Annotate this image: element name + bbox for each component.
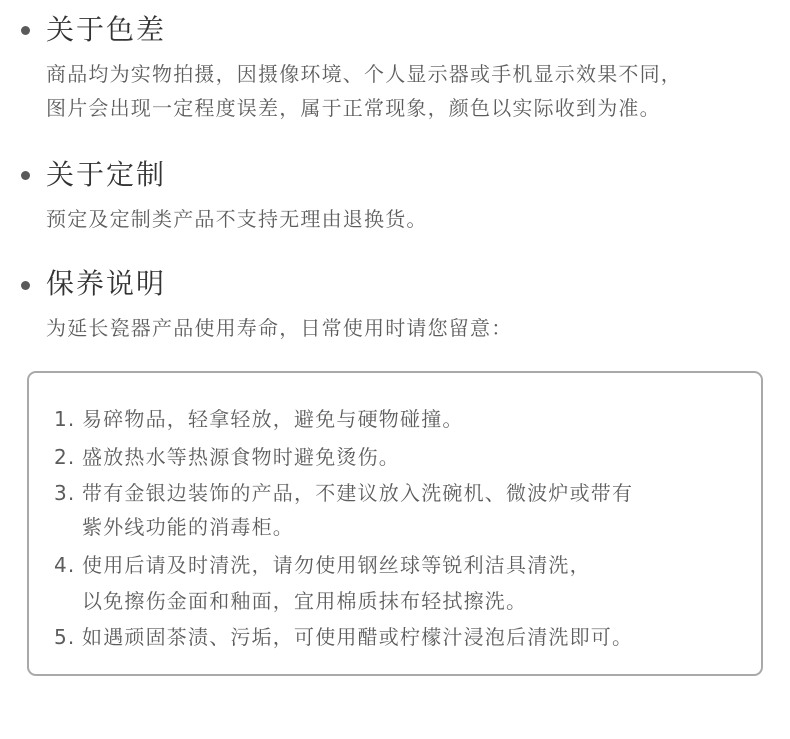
section-text: 商品均为实物拍摄，因摄像环境、个人显示器或手机显示效果不同， [46, 62, 682, 86]
section-title: 关于定制 [46, 159, 166, 191]
bullet-icon [21, 26, 30, 35]
section-title: 保养说明 [46, 268, 166, 300]
care-item-4: 4.使用后请及时清洗，请勿使用钢丝球等锐利洁具清洗， [54, 553, 591, 577]
section-title: 关于色差 [46, 14, 166, 46]
care-item-text: 易碎物品，轻拿轻放，避免与硬物碰撞。 [82, 407, 464, 431]
care-item-text: 如遇顽固茶渍、污垢，可使用醋或柠檬汁浸泡后清洗即可。 [82, 625, 633, 649]
care-item-number: 2. [54, 445, 82, 469]
bullet-icon [21, 171, 30, 180]
care-item-number: 5. [54, 625, 82, 649]
care-item-2: 2.盛放热水等热源食物时避免烫伤。 [54, 445, 400, 469]
bullet-icon [21, 281, 30, 290]
care-item-number: 3. [54, 481, 82, 505]
section-text: 图片会出现一定程度误差，属于正常现象，颜色以实际收到为准。 [46, 96, 661, 120]
care-item-5: 5.如遇顽固茶渍、污垢，可使用醋或柠檬汁浸泡后清洗即可。 [54, 625, 633, 649]
care-item-3: 3.带有金银边装饰的产品，不建议放入洗碗机、微波炉或带有 [54, 481, 633, 505]
care-item-text: 盛放热水等热源食物时避免烫伤。 [82, 445, 400, 469]
section-text: 预定及定制类产品不支持无理由退换货。 [46, 207, 428, 231]
section-text: 为延长瓷器产品使用寿命，日常使用时请您留意： [46, 316, 512, 340]
care-item-4-continued: 以免擦伤金面和釉面，宜用棉质抹布轻拭擦洗。 [82, 589, 527, 613]
care-instructions-box: 1.易碎物品，轻拿轻放，避免与硬物碰撞。 2.盛放热水等热源食物时避免烫伤。 3… [27, 371, 763, 676]
care-item-3-continued: 紫外线功能的消毒柜。 [82, 515, 294, 539]
care-item-number: 1. [54, 407, 82, 431]
care-item-number: 4. [54, 553, 82, 577]
care-item-text: 使用后请及时清洗，请勿使用钢丝球等锐利洁具清洗， [82, 553, 591, 577]
care-item-text: 带有金银边装饰的产品，不建议放入洗碗机、微波炉或带有 [82, 481, 633, 505]
care-item-1: 1.易碎物品，轻拿轻放，避免与硬物碰撞。 [54, 407, 464, 431]
